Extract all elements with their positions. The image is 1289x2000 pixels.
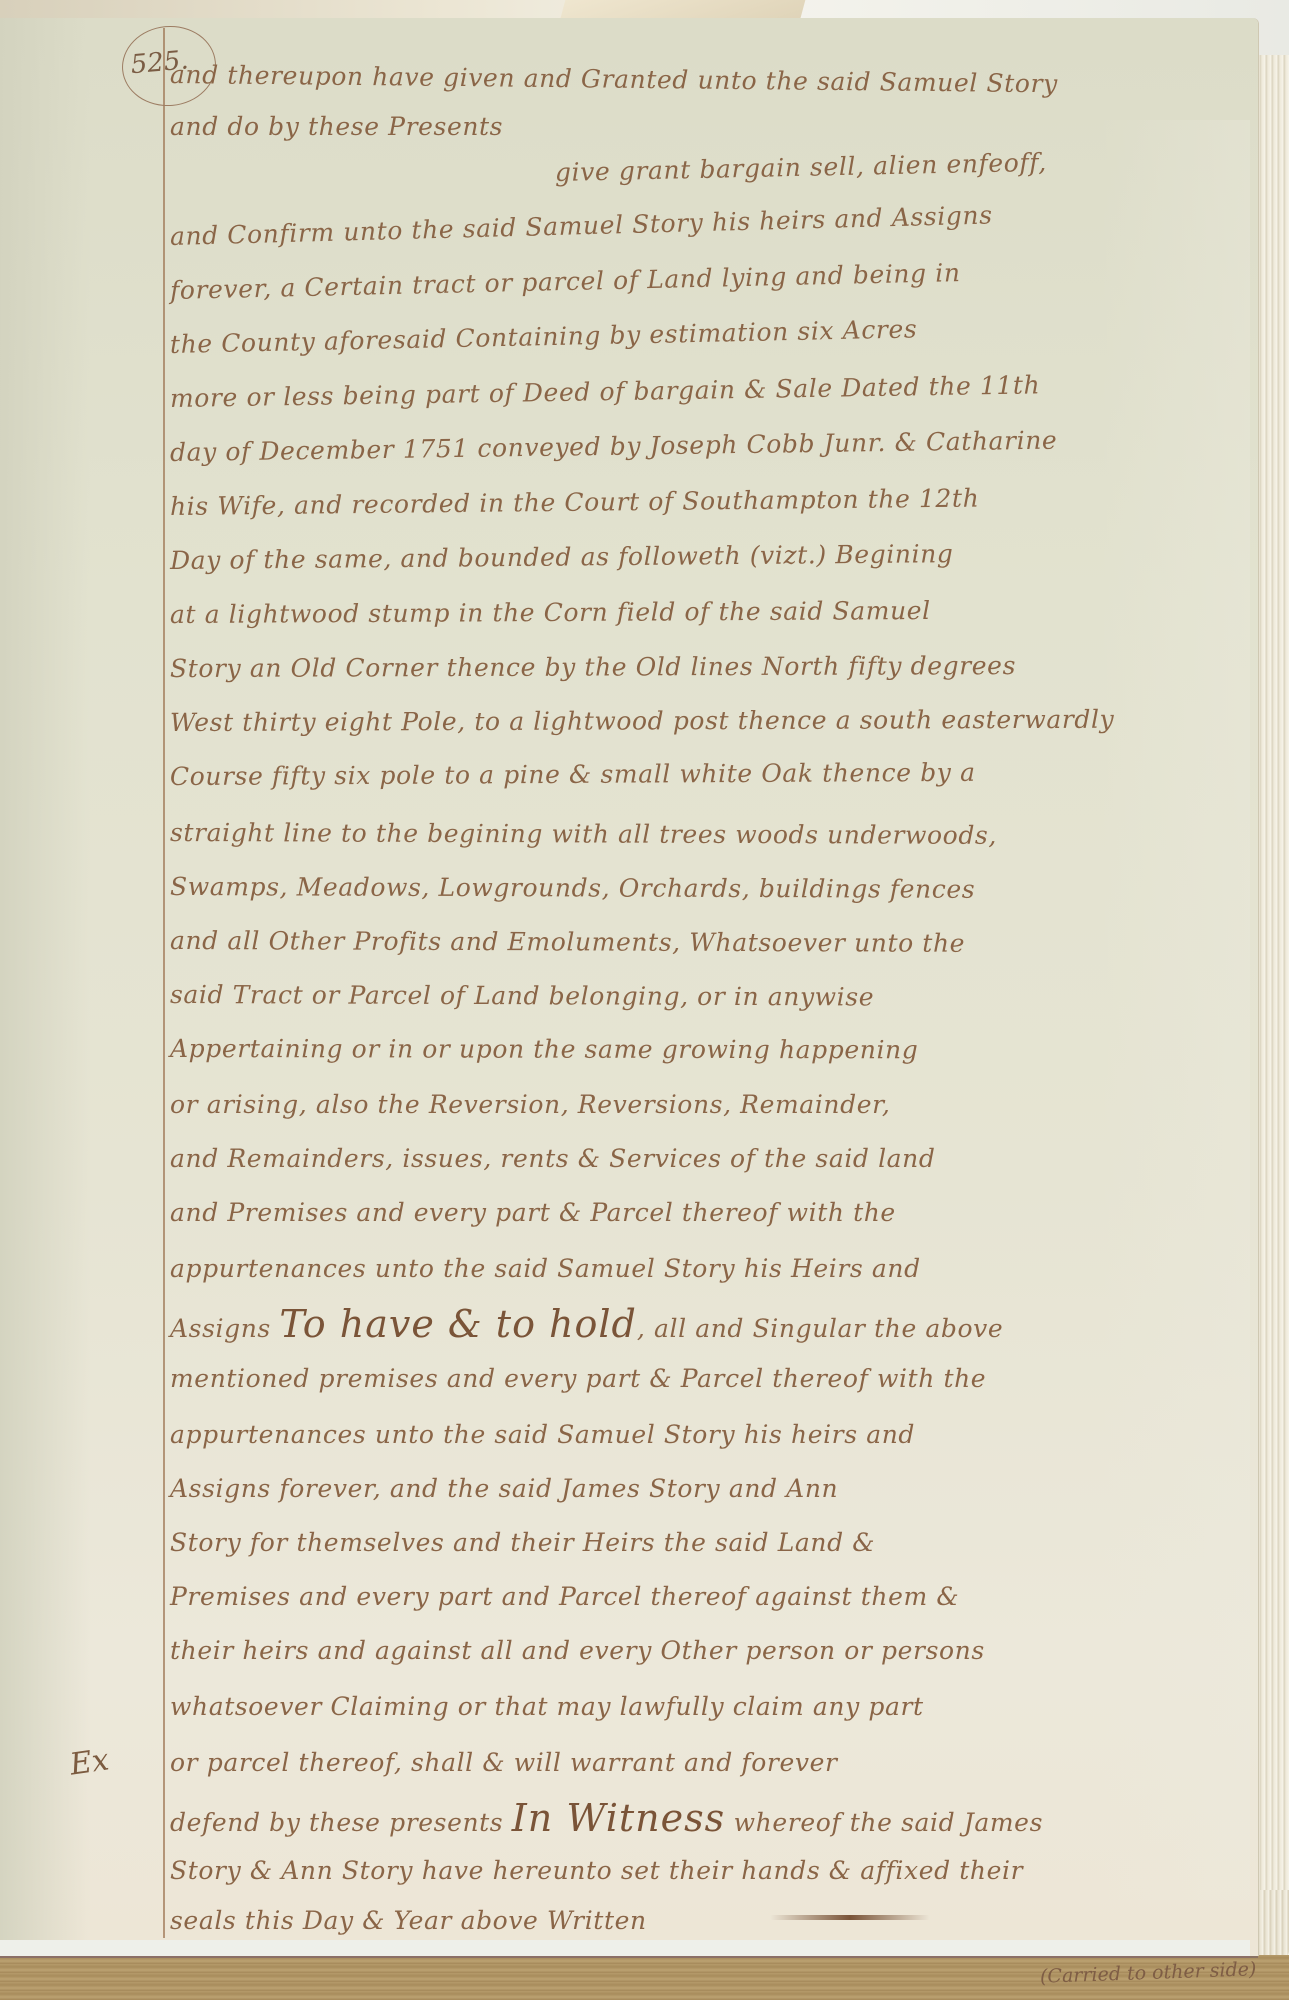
text-line: Story an Old Corner thence by the Old li… bbox=[170, 650, 1250, 683]
text-fragment: defend by these presents bbox=[170, 1808, 503, 1837]
text-line: Swamps, Meadows, Lowgrounds, Orchards, b… bbox=[170, 872, 1250, 905]
page-bottom-edge bbox=[0, 1940, 1250, 1958]
text-line-habendum: Assigns To have & to hold, all and Singu… bbox=[170, 1302, 1250, 1346]
text-fragment: whereof the said James bbox=[725, 1808, 1043, 1837]
text-line: Premises and every part and Parcel there… bbox=[170, 1582, 1250, 1611]
text-line: mentioned premises and every part & Parc… bbox=[170, 1364, 1250, 1393]
text-line: their heirs and against all and every Ot… bbox=[170, 1636, 1250, 1665]
margin-note: Ex bbox=[68, 1742, 111, 1782]
text-line: appurtenances unto the said Samuel Story… bbox=[170, 1254, 1250, 1283]
text-line: and Premises and every part & Parcel the… bbox=[170, 1198, 1250, 1227]
text-line: at a lightwood stump in the Corn field o… bbox=[170, 594, 1250, 629]
page-shadow bbox=[0, 18, 90, 1956]
text-line: Story for themselves and their Heirs the… bbox=[170, 1528, 1250, 1557]
habendum-heading: To have & to hold bbox=[279, 1302, 636, 1346]
page-edges bbox=[1255, 55, 1289, 1975]
text-line: appurtenances unto the said Samuel Story… bbox=[170, 1420, 1250, 1449]
text-line: Story & Ann Story have hereunto set thei… bbox=[170, 1856, 1250, 1885]
text-line: or parcel thereof, shall & will warrant … bbox=[170, 1748, 1250, 1777]
closing-flourish bbox=[770, 1915, 930, 1920]
text-line-witness: defend by these presents In Witness wher… bbox=[170, 1796, 1250, 1840]
text-line: West thirty eight Pole, to a lightwood p… bbox=[170, 704, 1250, 737]
text-line: and Remainders, issues, rents & Services… bbox=[170, 1144, 1250, 1173]
text-line: Assigns forever, and the said James Stor… bbox=[170, 1474, 1250, 1503]
text-line: Appertaining or in or upon the same grow… bbox=[170, 1034, 1250, 1065]
text-fragment: Assigns bbox=[170, 1314, 271, 1343]
text-line: seals this Day & Year above Written bbox=[170, 1906, 1250, 1935]
text-line: and do by these Presents bbox=[170, 112, 1250, 141]
text-line: or arising, also the Reversion, Reversio… bbox=[170, 1090, 1250, 1119]
text-fragment: , all and Singular the above bbox=[637, 1314, 1003, 1343]
margin-rule bbox=[163, 28, 165, 1938]
text-line: straight line to the begining with all t… bbox=[170, 818, 1250, 851]
text-line: Course fifty six pole to a pine & small … bbox=[170, 756, 1250, 791]
text-line: whatsoever Claiming or that may lawfully… bbox=[170, 1692, 1250, 1721]
witness-heading: In Witness bbox=[512, 1796, 725, 1840]
text-line: and all Other Profits and Emoluments, Wh… bbox=[170, 926, 1250, 959]
text-line: said Tract or Parcel of Land belonging, … bbox=[170, 980, 1250, 1013]
